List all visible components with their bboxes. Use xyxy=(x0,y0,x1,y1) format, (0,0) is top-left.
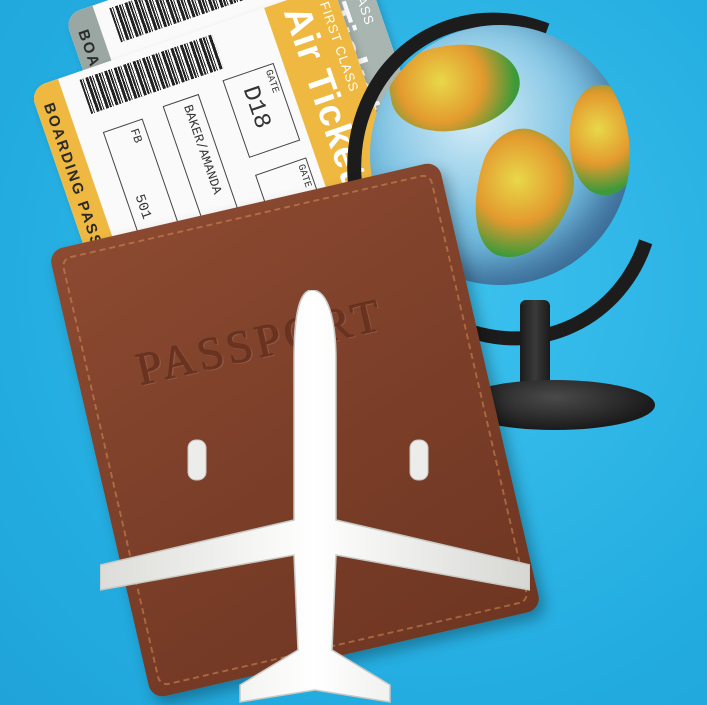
flight-code: FB xyxy=(127,127,145,145)
flight-number: 501 xyxy=(131,192,154,221)
south-america xyxy=(457,119,588,272)
travel-scene: Air Ticket FIRST CLASS BOARDING PASS GAT… xyxy=(0,0,707,705)
gate-label: GATE xyxy=(294,163,312,189)
airplane-icon xyxy=(100,290,530,705)
passenger-name: BAKER/AMANDA xyxy=(180,103,225,196)
gate-label: GATE xyxy=(262,69,280,95)
africa xyxy=(570,85,630,195)
